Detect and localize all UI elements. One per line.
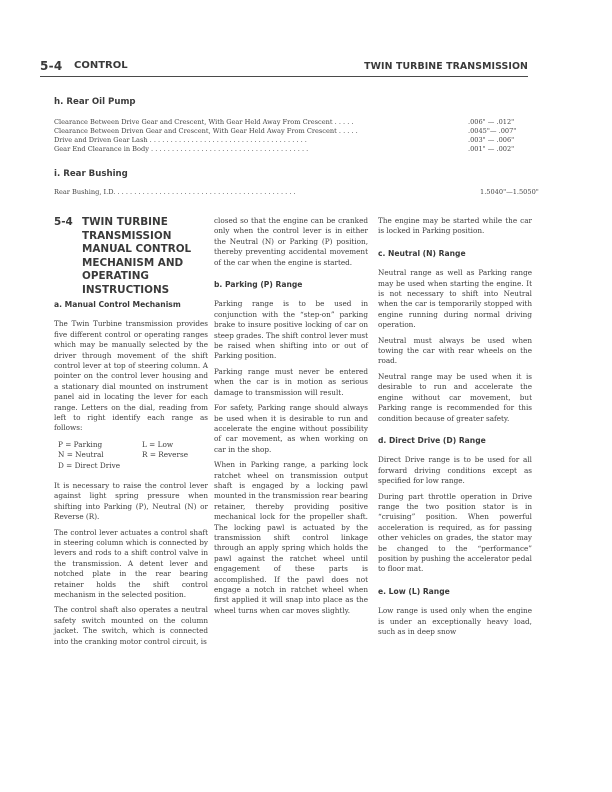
range-direct-drive: D = Direct Drive (58, 461, 120, 472)
page-number: 5-4 (40, 59, 63, 73)
paragraph: Neutral range may be used when it is des… (378, 372, 532, 424)
low-range-heading: e. Low (L) Range (378, 587, 532, 597)
direct-drive-range-heading: d. Direct Drive (D) Range (378, 436, 532, 446)
section-title: TWIN TURBINE TRANSMISSION MANUAL CONTROL… (82, 216, 212, 297)
paragraph: It is necessary to raise the control lev… (54, 481, 208, 523)
rear-oil-pump-heading: h. Rear Oil Pump (54, 97, 136, 107)
parking-range-heading: b. Parking (P) Range (214, 280, 368, 290)
spec-label: Clearance Between Driven Gear and Cresce… (54, 127, 358, 136)
paragraph: Direct Drive range is to be used for all… (378, 455, 532, 486)
spec-label: Clearance Between Drive Gear and Crescen… (54, 118, 354, 127)
spec-value: .001" — .002" (468, 145, 514, 154)
range-legend: P = Parking N = Neutral D = Direct Drive… (54, 440, 208, 475)
paragraph: Parking range must never be entered when… (214, 367, 368, 398)
page-header: 5-4 CONTROL TWIN TURBINE TRANSMISSION (40, 59, 528, 77)
rear-bushing-heading: i. Rear Bushing (54, 169, 128, 179)
range-neutral: N = Neutral (58, 450, 104, 461)
column-2: closed so that the engine can be cranked… (214, 216, 368, 621)
range-reverse: R = Reverse (142, 450, 188, 461)
paragraph: For safety, Parking range should always … (214, 403, 368, 455)
paragraph: Neutral must always be used when towing … (378, 336, 532, 367)
paragraph: Parking range is to be used in conjuncti… (214, 299, 368, 361)
spec-value: .003" — .006" (468, 136, 514, 145)
spec-value: .006" — .012" (468, 118, 514, 127)
paragraph: closed so that the engine can be cranked… (214, 216, 368, 268)
range-parking: P = Parking (58, 440, 102, 451)
range-low: L = Low (142, 440, 173, 451)
paragraph: The control lever actuates a control sha… (54, 528, 208, 601)
paragraph: When in Parking range, a parking lock ra… (214, 460, 368, 616)
spec-label: Drive and Driven Gear Lash . . . . . . .… (54, 136, 307, 145)
section-number: 5-4 (54, 216, 73, 230)
neutral-range-heading: c. Neutral (N) Range (378, 249, 532, 259)
spec-label: Gear End Clearance in Body . . . . . . .… (54, 145, 308, 154)
paragraph: The engine may be started while the car … (378, 216, 532, 237)
column-1: a. Manual Control Mechanism The Twin Tur… (54, 300, 208, 652)
paragraph: The Twin Turbine transmission provides f… (54, 319, 208, 433)
spec-value: .0045"— .007" (468, 127, 516, 136)
paragraph: Low range is used only when the engine i… (378, 606, 532, 637)
paragraph: During part throttle operation in Drive … (378, 492, 532, 575)
spec-label: Rear Bushing, I.D. . . . . . . . . . . .… (54, 188, 296, 197)
paragraph: The control shaft also operates a neutra… (54, 605, 208, 647)
spec-value: 1.5040"—1.5050" (480, 188, 539, 197)
section-label: CONTROL (74, 60, 128, 71)
paragraph: Neutral range as well as Parking range m… (378, 268, 532, 330)
manual-control-mechanism-heading: a. Manual Control Mechanism (54, 300, 208, 310)
manual-title: TWIN TURBINE TRANSMISSION (364, 61, 528, 72)
column-3: The engine may be started while the car … (378, 216, 532, 642)
